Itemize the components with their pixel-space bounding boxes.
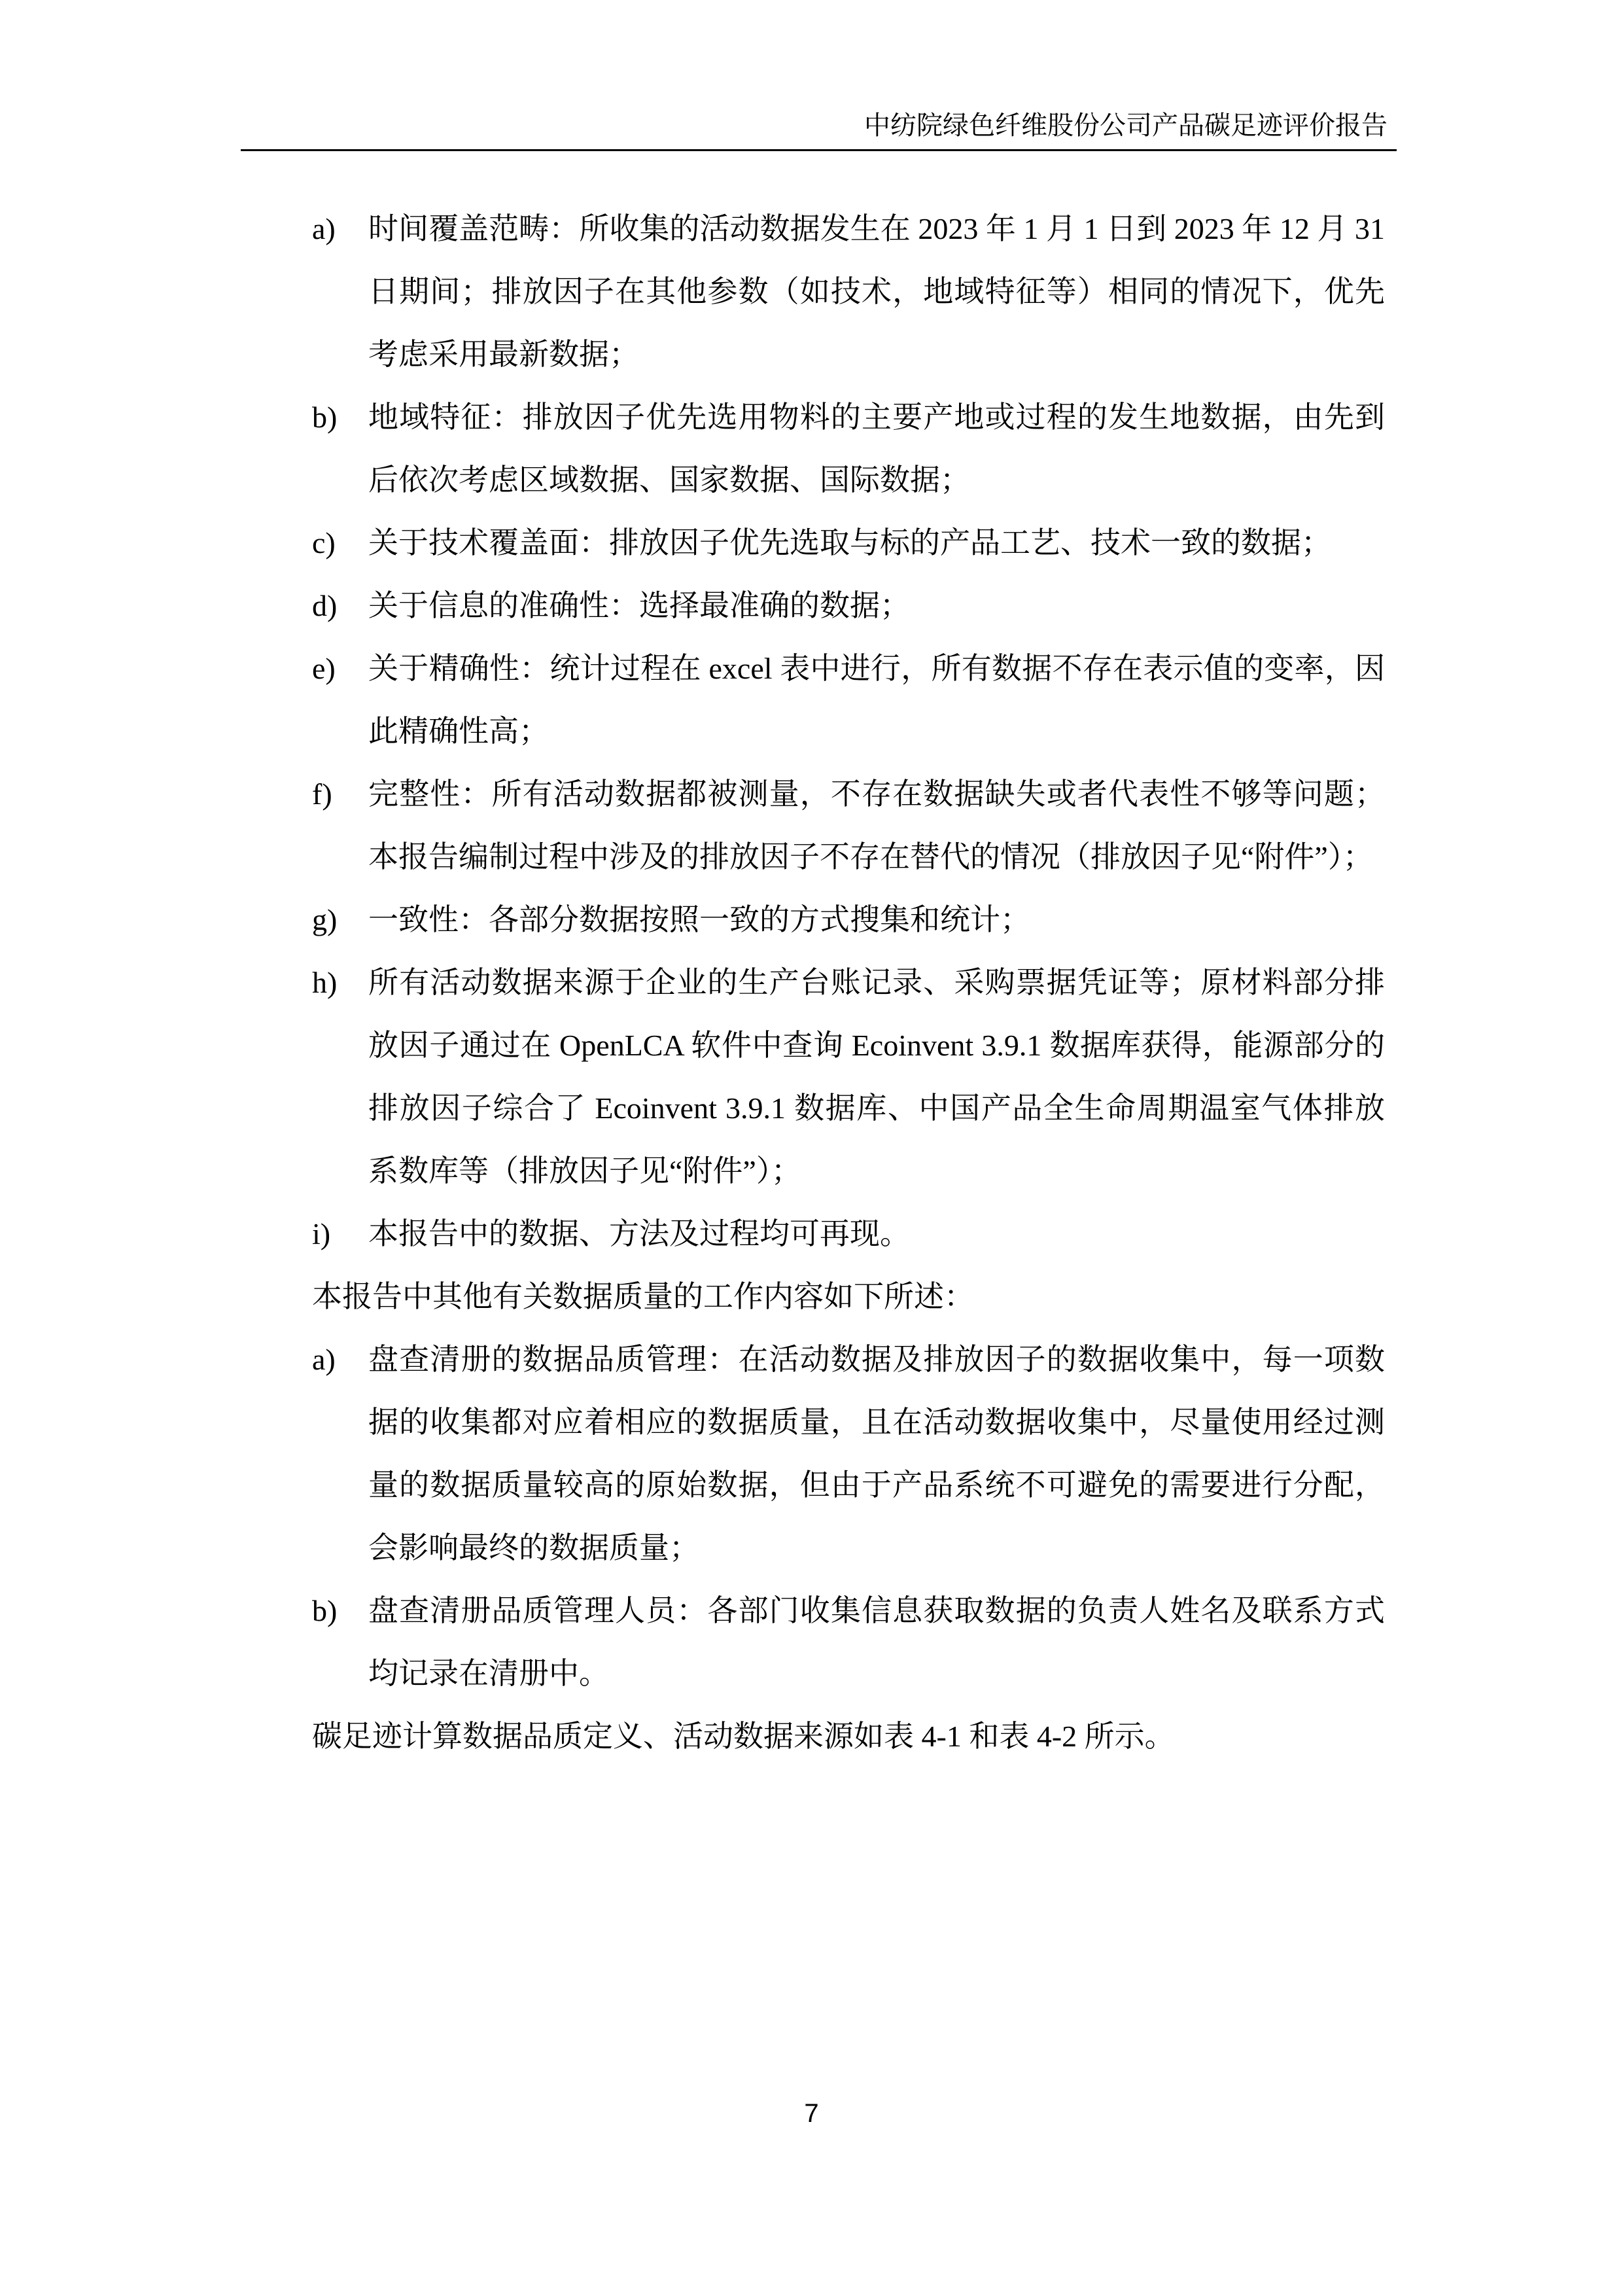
list-item-label: a) [312, 1328, 368, 1391]
list-item: b) 盘查清册品质管理人员：各部门收集信息获取数据的负责人姓名及联系方式均记录在… [312, 1580, 1385, 1705]
list-item-text: 时间覆盖范畴：所收集的活动数据发生在 2023 年 1 月 1 日到 2023 … [368, 198, 1385, 386]
list-item: a) 盘查清册的数据品质管理：在活动数据及排放因子的数据收集中，每一项数据的收集… [312, 1328, 1385, 1580]
list-item-text: 完整性：所有活动数据都被测量，不存在数据缺失或者代表性不够等问题；本报告编制过程… [368, 763, 1385, 889]
list-item-text: 盘查清册的数据品质管理：在活动数据及排放因子的数据收集中，每一项数据的收集都对应… [368, 1328, 1385, 1580]
list-item: c) 关于技术覆盖面：排放因子优先选取与标的产品工艺、技术一致的数据； [312, 512, 1385, 574]
page-header: 中纺院绿色纤维股份公司产品碳足迹评价报告 [241, 110, 1397, 151]
list-item: f) 完整性：所有活动数据都被测量，不存在数据缺失或者代表性不够等问题；本报告编… [312, 763, 1385, 889]
list-item: a) 时间覆盖范畴：所收集的活动数据发生在 2023 年 1 月 1 日到 20… [312, 198, 1385, 386]
list-item-label: h) [312, 951, 368, 1014]
data-quality-list: a) 时间覆盖范畴：所收集的活动数据发生在 2023 年 1 月 1 日到 20… [312, 198, 1385, 1265]
list-item-label: i) [312, 1203, 368, 1265]
list-item-label: b) [312, 1580, 368, 1642]
list-item: b) 地域特征：排放因子优先选用物料的主要产地或过程的发生地数据，由先到后依次考… [312, 386, 1385, 512]
list-item: e) 关于精确性：统计过程在 excel 表中进行，所有数据不存在表示值的变率，… [312, 637, 1385, 763]
list-item-text: 盘查清册品质管理人员：各部门收集信息获取数据的负责人姓名及联系方式均记录在清册中… [368, 1580, 1385, 1705]
quality-management-list: a) 盘查清册的数据品质管理：在活动数据及排放因子的数据收集中，每一项数据的收集… [312, 1328, 1385, 1705]
document-body: a) 时间覆盖范畴：所收集的活动数据发生在 2023 年 1 月 1 日到 20… [312, 198, 1385, 1768]
document-page: 中纺院绿色纤维股份公司产品碳足迹评价报告 a) 时间覆盖范畴：所收集的活动数据发… [0, 0, 1623, 2296]
list-item-text: 一致性：各部分数据按照一致的方式搜集和统计； [368, 889, 1385, 951]
header-title: 中纺院绿色纤维股份公司产品碳足迹评价报告 [864, 111, 1387, 140]
list-item-text: 关于技术覆盖面：排放因子优先选取与标的产品工艺、技术一致的数据； [368, 512, 1385, 574]
list-item-text: 关于精确性：统计过程在 excel 表中进行，所有数据不存在表示值的变率，因此精… [368, 637, 1385, 763]
list-item: d) 关于信息的准确性：选择最准确的数据； [312, 574, 1385, 637]
list-item-label: c) [312, 512, 368, 574]
list-item: h) 所有活动数据来源于企业的生产台账记录、采购票据凭证等；原材料部分排放因子通… [312, 951, 1385, 1203]
list-item-label: d) [312, 574, 368, 637]
list-item-label: g) [312, 889, 368, 951]
list-item: g) 一致性：各部分数据按照一致的方式搜集和统计； [312, 889, 1385, 951]
page-footer: 7 [0, 2098, 1623, 2129]
list-item-label: a) [312, 198, 368, 260]
list-item-label: e) [312, 637, 368, 700]
page-number: 7 [804, 2099, 818, 2128]
closing-paragraph: 碳足迹计算数据品质定义、活动数据来源如表 4-1 和表 4-2 所示。 [312, 1705, 1385, 1768]
list-item: i) 本报告中的数据、方法及过程均可再现。 [312, 1203, 1385, 1265]
list-item-label: f) [312, 763, 368, 826]
list-item-text: 地域特征：排放因子优先选用物料的主要产地或过程的发生地数据，由先到后依次考虑区域… [368, 386, 1385, 512]
other-work-intro-paragraph: 本报告中其他有关数据质量的工作内容如下所述： [312, 1265, 1385, 1328]
list-item-text: 关于信息的准确性：选择最准确的数据； [368, 574, 1385, 637]
list-item-text: 本报告中的数据、方法及过程均可再现。 [368, 1203, 1385, 1265]
list-item-text: 所有活动数据来源于企业的生产台账记录、采购票据凭证等；原材料部分排放因子通过在 … [368, 951, 1385, 1203]
list-item-label: b) [312, 386, 368, 449]
